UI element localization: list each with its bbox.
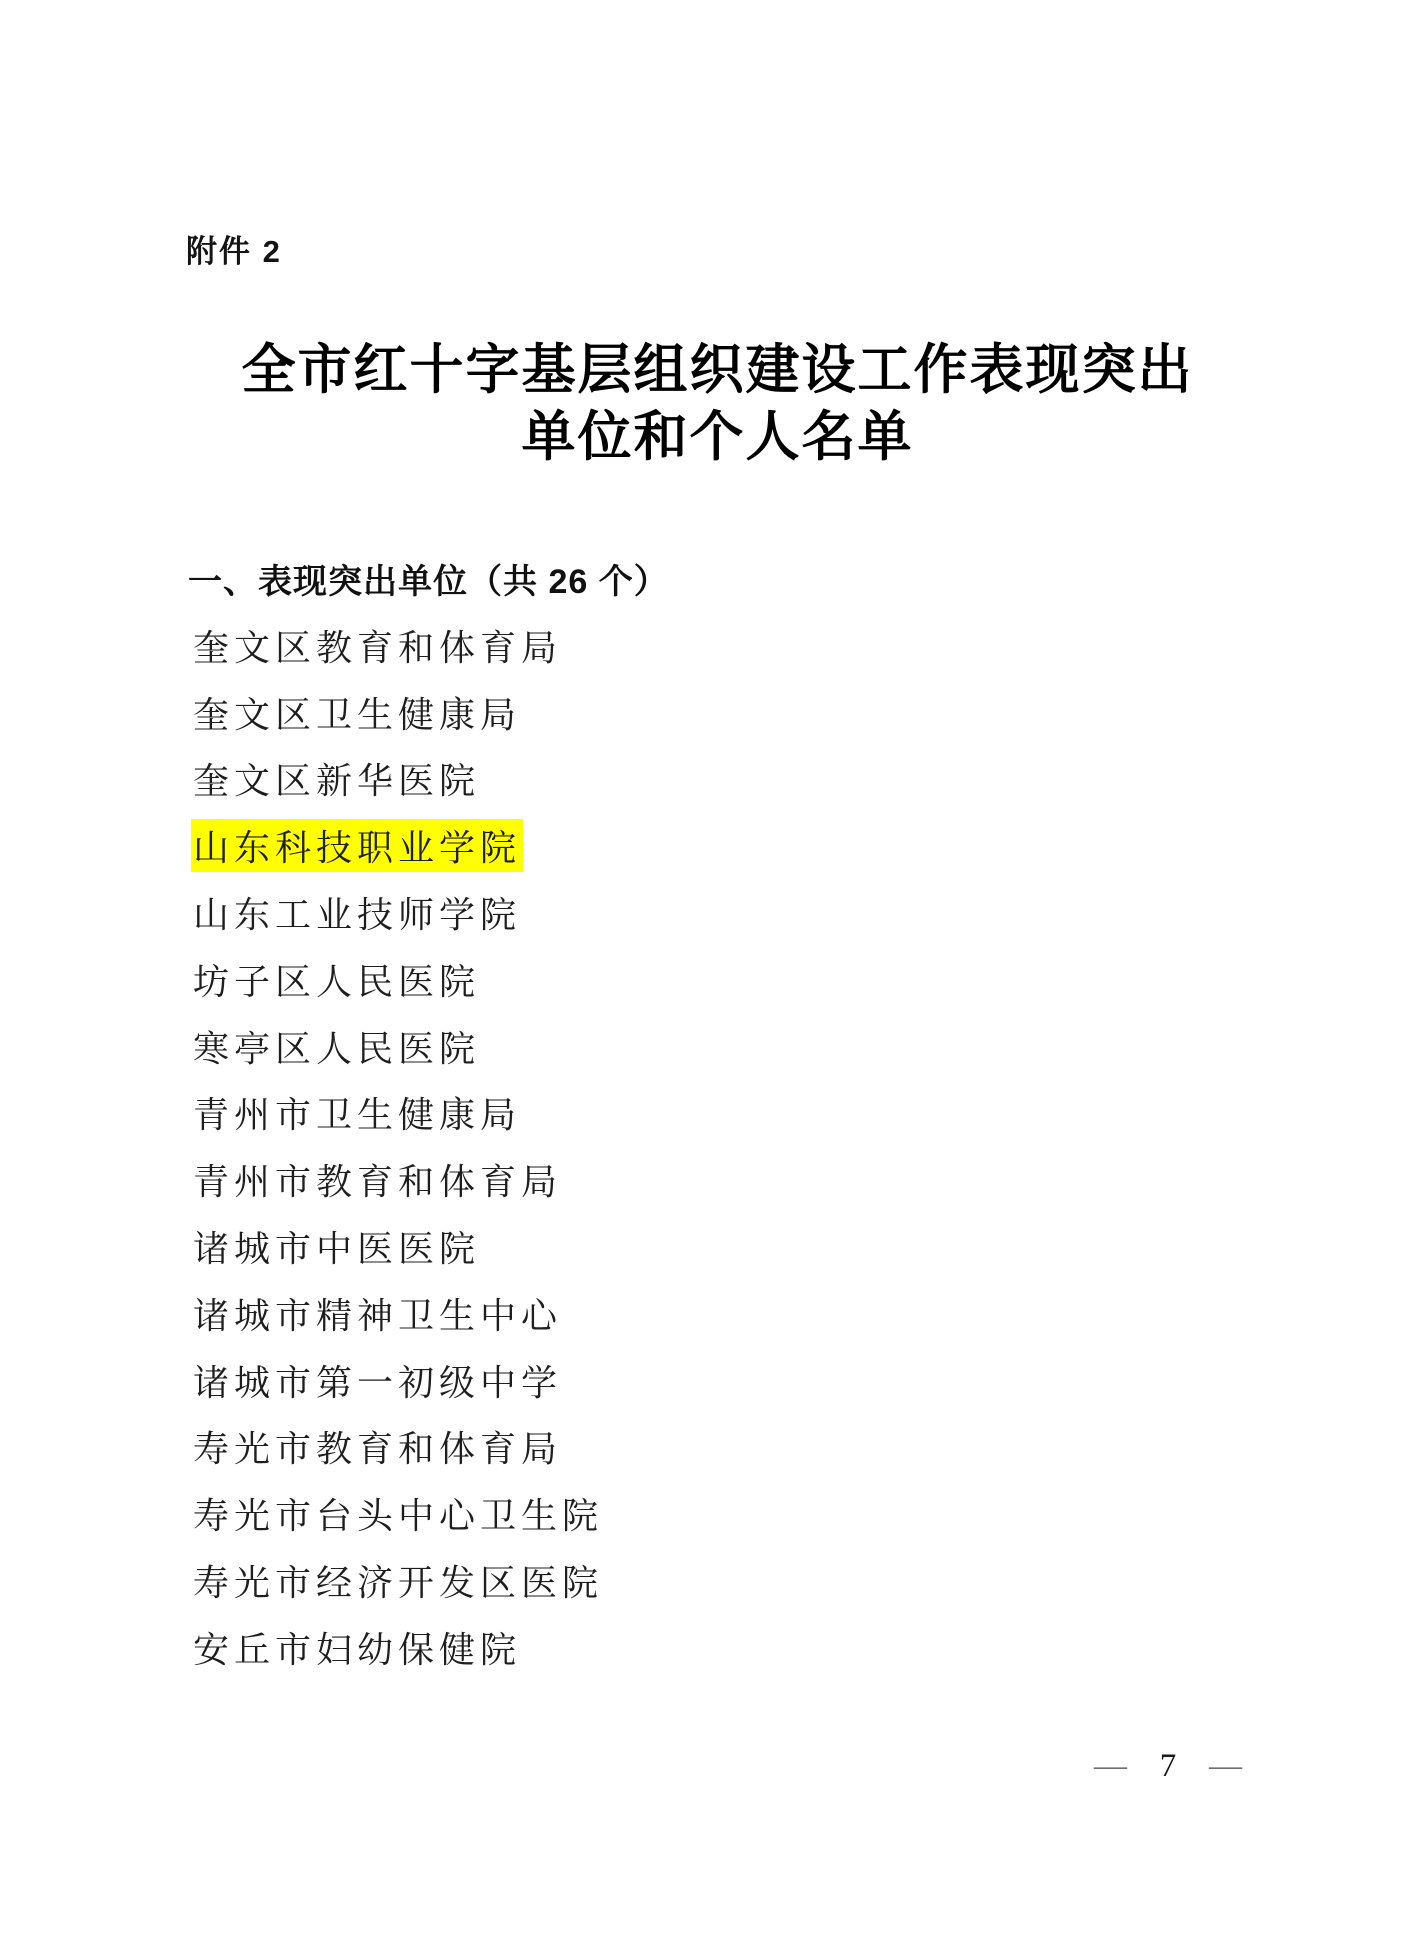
page-number-dash-left: — <box>1094 1748 1127 1785</box>
list-item: 青州市教育和体育局 <box>191 1146 605 1213</box>
unit-name-highlighted: 山东科技职业学院 <box>191 819 523 872</box>
list-item: 安丘市妇幼保健院 <box>191 1614 605 1681</box>
page-number-dash-right: — <box>1209 1748 1242 1785</box>
list-item: 奎文区新华医院 <box>191 746 605 813</box>
unit-name: 寿光市台头中心卫生院 <box>191 1487 605 1540</box>
unit-name: 青州市卫生健康局 <box>191 1086 523 1139</box>
unit-list: 奎文区教育和体育局奎文区卫生健康局奎文区新华医院山东科技职业学院山东工业技师学院… <box>191 612 605 1681</box>
list-item: 寿光市经济开发区医院 <box>191 1547 605 1614</box>
list-item: 奎文区卫生健康局 <box>191 679 605 746</box>
unit-name: 寒亭区人民医院 <box>191 1020 482 1073</box>
unit-name: 诸城市中医医院 <box>191 1220 482 1273</box>
list-item: 寒亭区人民医院 <box>191 1013 605 1080</box>
section-heading: 一、表现突出单位（共 26 个） <box>188 554 669 603</box>
document-title-line-1: 全市红十字基层组织建设工作表现突出 <box>160 337 1275 404</box>
unit-name: 坊子区人民医院 <box>191 953 482 1006</box>
unit-name: 安丘市妇幼保健院 <box>191 1621 523 1674</box>
document-page: 附件 2 全市红十字基层组织建设工作表现突出 单位和个人名单 一、表现突出单位（… <box>0 0 1410 1953</box>
unit-name: 诸城市精神卫生中心 <box>191 1287 564 1340</box>
list-item: 诸城市中医医院 <box>191 1213 605 1280</box>
list-item: 寿光市台头中心卫生院 <box>191 1480 605 1547</box>
page-number: — 7 — <box>1094 1748 1242 1785</box>
list-item: 奎文区教育和体育局 <box>191 612 605 679</box>
list-item: 诸城市第一初级中学 <box>191 1347 605 1414</box>
page-number-value: 7 <box>1160 1748 1177 1785</box>
unit-name: 寿光市教育和体育局 <box>191 1420 564 1473</box>
list-item: 山东工业技师学院 <box>191 879 605 946</box>
unit-name: 奎文区卫生健康局 <box>191 686 523 739</box>
list-item: 青州市卫生健康局 <box>191 1080 605 1147</box>
document-title: 全市红十字基层组织建设工作表现突出 单位和个人名单 <box>160 337 1275 471</box>
list-item: 诸城市精神卫生中心 <box>191 1280 605 1347</box>
unit-name: 奎文区教育和体育局 <box>191 619 564 672</box>
list-item: 山东科技职业学院 <box>191 812 605 879</box>
list-item: 寿光市教育和体育局 <box>191 1414 605 1481</box>
attachment-label: 附件 2 <box>186 226 282 271</box>
unit-name: 寿光市经济开发区医院 <box>191 1554 605 1607</box>
unit-name: 奎文区新华医院 <box>191 752 482 805</box>
unit-name: 诸城市第一初级中学 <box>191 1354 564 1407</box>
document-title-line-2: 单位和个人名单 <box>160 404 1275 471</box>
list-item: 坊子区人民医院 <box>191 946 605 1013</box>
unit-name: 山东工业技师学院 <box>191 886 523 939</box>
unit-name: 青州市教育和体育局 <box>191 1153 564 1206</box>
